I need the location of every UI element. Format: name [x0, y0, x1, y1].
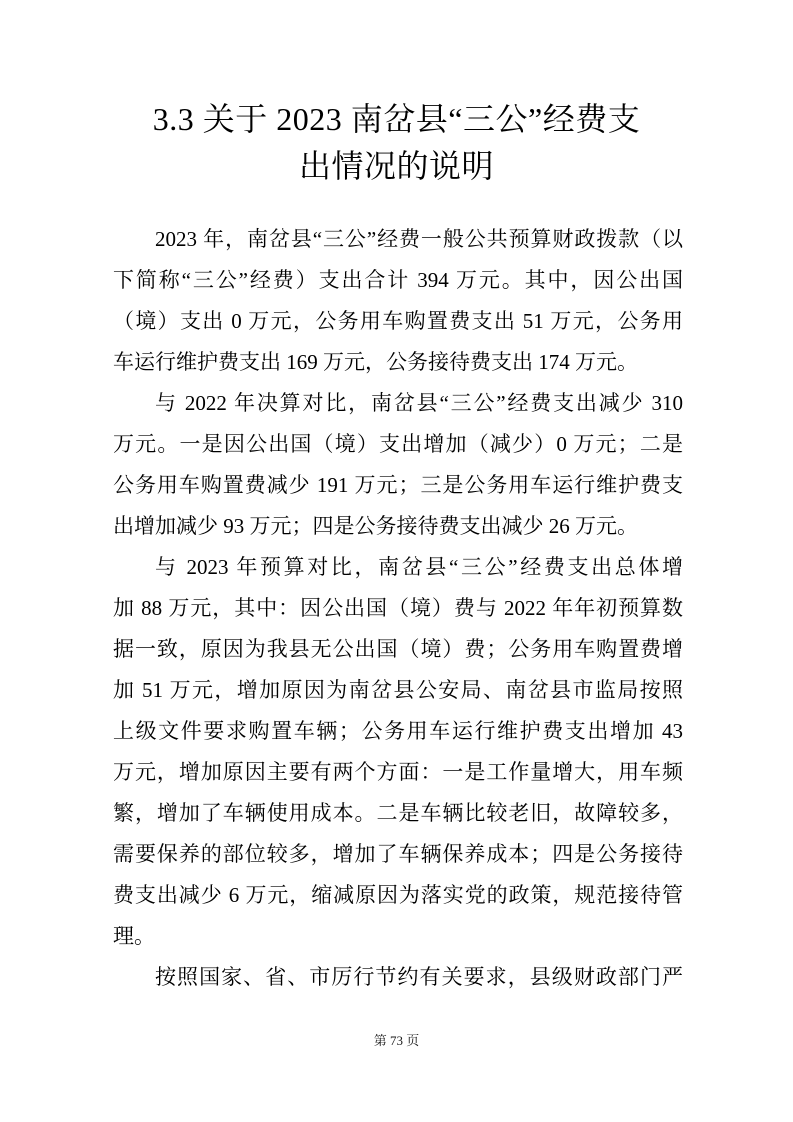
body-line: 出增加减少 93 万元；四是公务接待费支出减少 26 万元。	[113, 506, 683, 547]
paragraph: 按照国家、省、市厉行节约有关要求，县级财政部门严	[113, 957, 683, 998]
body-line: （境）支出 0 万元，公务用车购置费支出 51 万元，公务用	[113, 301, 683, 342]
body-line: 繁，增加了车辆使用成本。二是车辆比较老旧，故障较多，	[113, 793, 683, 834]
paragraph: 2023 年，南岔县“三公”经费一般公共预算财政拨款（以下简称“三公”经费）支出…	[113, 219, 683, 383]
body-line: 下简称“三公”经费）支出合计 394 万元。其中，因公出国	[113, 260, 683, 301]
page-title: 3.3 关于 2023 南岔县“三公”经费支 出情况的说明	[40, 96, 753, 190]
body-line: 与 2022 年决算对比，南岔县“三公”经费支出减少 310	[113, 383, 683, 424]
body-line: 理。	[113, 916, 683, 957]
paragraph: 与 2023 年预算对比，南岔县“三公”经费支出总体增加 88 万元，其中：因公…	[113, 547, 683, 957]
document-body: 2023 年，南岔县“三公”经费一般公共预算财政拨款（以下简称“三公”经费）支出…	[113, 219, 683, 998]
body-line: 万元。一是因公出国（境）支出增加（减少）0 万元；二是	[113, 424, 683, 465]
body-line: 万元，增加原因主要有两个方面：一是工作量增大，用车频	[113, 752, 683, 793]
body-line: 费支出减少 6 万元，缩减原因为落实党的政策，规范接待管	[113, 875, 683, 916]
page-title-line-1: 3.3 关于 2023 南岔县“三公”经费支	[40, 96, 753, 143]
body-line: 车运行维护费支出 169 万元，公务接待费支出 174 万元。	[113, 342, 683, 383]
body-line: 据一致，原因为我县无公出国（境）费；公务用车购置费增	[113, 629, 683, 670]
body-line: 需要保养的部位较多，增加了车辆保养成本；四是公务接待	[113, 834, 683, 875]
page-number: 第 73 页	[0, 1033, 793, 1049]
body-line: 加 51 万元，增加原因为南岔县公安局、南岔县市监局按照	[113, 670, 683, 711]
document-page: 3.3 关于 2023 南岔县“三公”经费支 出情况的说明 2023 年，南岔县…	[0, 0, 793, 1122]
body-line: 与 2023 年预算对比，南岔县“三公”经费支出总体增	[113, 547, 683, 588]
body-line: 公务用车购置费减少 191 万元；三是公务用车运行维护费支	[113, 465, 683, 506]
body-line: 2023 年，南岔县“三公”经费一般公共预算财政拨款（以	[113, 219, 683, 260]
body-line: 加 88 万元，其中：因公出国（境）费与 2022 年年初预算数	[113, 588, 683, 629]
body-line: 上级文件要求购置车辆；公务用车运行维护费支出增加 43	[113, 711, 683, 752]
page-title-line-2: 出情况的说明	[40, 143, 753, 190]
body-line: 按照国家、省、市厉行节约有关要求，县级财政部门严	[113, 957, 683, 998]
paragraph: 与 2022 年决算对比，南岔县“三公”经费支出减少 310万元。一是因公出国（…	[113, 383, 683, 547]
